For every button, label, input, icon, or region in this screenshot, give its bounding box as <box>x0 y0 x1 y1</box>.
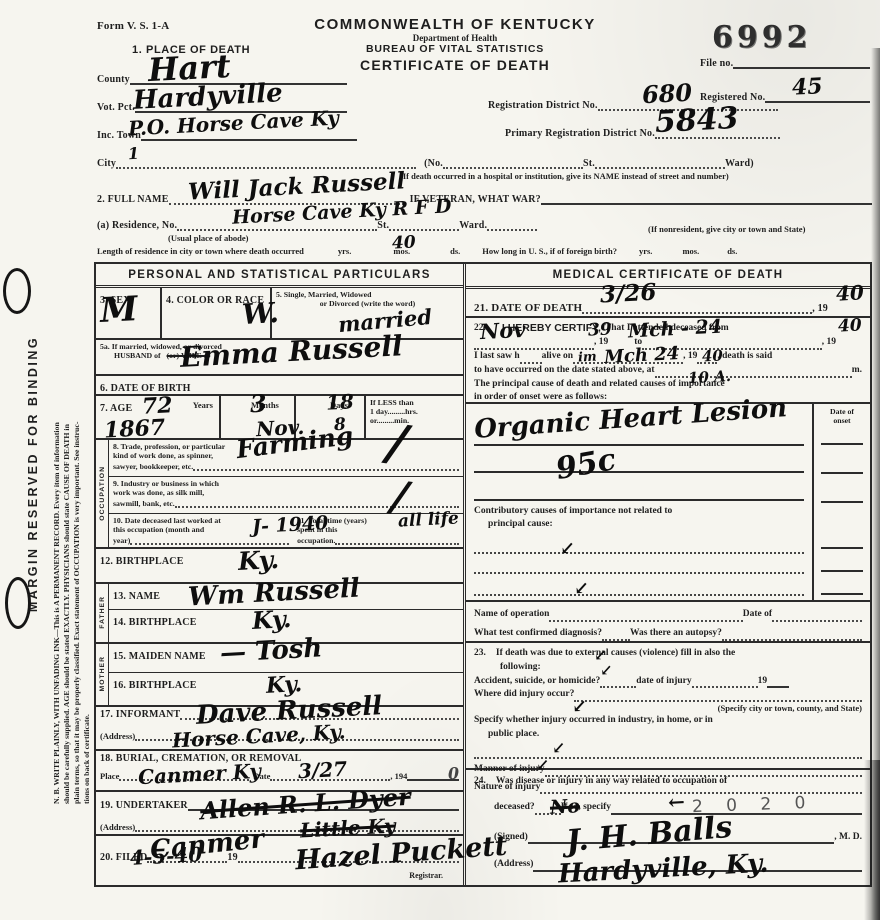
ds-label2: ds. <box>727 246 737 256</box>
city-ward-label: Ward) <box>725 158 754 169</box>
residence-ward-label: Ward. <box>459 220 487 231</box>
test-label: What test confirmed diagnosis? <box>474 627 602 641</box>
medical-title-text: MEDICAL CERTIFICATE OF DEATH <box>553 269 784 281</box>
date-of-onset-column: Date of onset <box>812 404 870 600</box>
marital-label-1: 5. Single, Married, Widowed <box>276 290 459 299</box>
personal-column-title: PERSONAL AND STATISTICAL PARTICULARS <box>96 264 463 288</box>
header-commonwealth: COMMONWEALTH OF KENTUCKY <box>290 16 620 33</box>
principal-2: in order of onset were as follows: <box>474 391 607 405</box>
birthplace-label: 12. BIRTHPLACE <box>100 556 184 567</box>
check-mark: ↙ <box>600 663 613 679</box>
length-residence-label: Length of residence in city or town wher… <box>97 246 304 256</box>
undertaker-label: 19. UNDERTAKER <box>100 800 188 811</box>
page-corner-shadow <box>864 760 880 920</box>
onset-line <box>821 593 863 595</box>
header-certificate-title: CERTIFICATE OF DEATH <box>290 57 620 73</box>
row-date-of-death: 21. DATE OF DEATH , 19 <box>466 289 870 318</box>
md-label: , M. D. <box>834 831 862 845</box>
dotted-line <box>692 677 758 688</box>
total-time-value: all life <box>398 510 460 530</box>
occupation-side-label: OCCUPATION <box>96 440 109 547</box>
contributory-line-1 <box>474 532 804 554</box>
autopsy-label: Was there an autopsy? <box>630 627 722 641</box>
margin-note-line2: should be carefully supplied. AGE should… <box>62 92 72 804</box>
father-side-label: FATHER <box>96 584 109 642</box>
specify-2: public place. <box>488 728 539 742</box>
dod-year-prefix: , 19 <box>812 303 828 314</box>
where-label: Where did injury occur? <box>474 688 574 702</box>
contributory-1: Contributory causes of importance not re… <box>474 505 672 519</box>
dotted-line <box>487 220 537 231</box>
dotted-line <box>520 353 542 364</box>
check-mark: ↙ <box>552 740 566 757</box>
residence-label: (a) Residence, No. <box>97 220 177 231</box>
saw-2: alive on <box>542 350 573 364</box>
burial-date-value: 3/27 <box>298 759 348 782</box>
dotted-line <box>335 534 459 545</box>
less-label-2: 1 day.........hrs. <box>370 407 459 416</box>
less-than-cell: If LESS than 1 day.........hrs. or......… <box>366 396 463 437</box>
attended-from-value: Nov <box>479 319 525 342</box>
onset-line <box>821 443 863 445</box>
hole-punch-bottom <box>5 577 31 629</box>
cause-line-3 <box>474 473 804 500</box>
header-department: Department of Health <box>290 33 620 43</box>
sex-value: M <box>99 292 138 328</box>
city-note: (If death occurred in a hospital or inst… <box>400 171 729 181</box>
saw-3: , death is said <box>717 350 772 364</box>
external-1: If death was due to external causes (vio… <box>496 647 735 661</box>
onset-label-1: Date of <box>814 407 870 416</box>
check-mark: ↙ <box>560 540 576 559</box>
operation-date-label: Date of <box>743 608 772 622</box>
days-value: 18 <box>325 391 354 412</box>
dotted-line <box>443 158 583 169</box>
dotted-line <box>116 158 416 169</box>
onset-line <box>821 570 863 572</box>
dotted-line <box>135 821 459 832</box>
rule-line <box>541 194 872 205</box>
occ-1: Was disease or injury in any way related… <box>496 775 727 789</box>
city-label: City <box>97 158 116 169</box>
y3-value: 40 <box>702 348 724 364</box>
occupation-side-text: OCCUPATION <box>99 466 106 521</box>
saw-1: I last saw h <box>474 350 520 364</box>
mother-side-label: MOTHER <box>96 644 109 705</box>
dotted-line <box>175 497 459 508</box>
mother-birthplace-value: Ky. <box>265 673 302 697</box>
margin-note-line1: N. B. WRITE PLAINLY, WITH UNFADING INK—T… <box>52 92 62 804</box>
rule-line <box>767 677 789 688</box>
marital-label-2: or Divorced (write the word) <box>276 299 459 308</box>
age-label: 7. AGE <box>100 403 132 414</box>
burial-place-label: Place <box>100 771 119 781</box>
years-label: Years <box>193 400 213 410</box>
burial-year-prefix: , 194 <box>390 771 407 781</box>
dotted-line <box>602 630 630 641</box>
ds-label: ds. <box>450 246 460 256</box>
specify-1: Specify whether injury occurred in indus… <box>474 714 713 728</box>
dotted-line <box>772 611 862 622</box>
onset-line <box>821 472 863 474</box>
occurred-m: m. <box>852 364 862 378</box>
filed-date-value: 4-5-40 <box>130 844 203 868</box>
cause-line-2 <box>474 446 804 473</box>
city-no-label: (No. <box>424 158 443 169</box>
file-no-label: File no. <box>700 58 733 69</box>
total-time-label-3: occupation. <box>297 536 335 545</box>
medical-column-title: MEDICAL CERTIFICATE OF DEATH <box>466 264 870 289</box>
injury-date-label: date of injury <box>636 675 691 689</box>
margin-note-line3: plain terms, so that it may be properly … <box>72 92 82 804</box>
dotted-line <box>389 220 459 231</box>
industry-label-3: sawmill, bank, etc. <box>113 499 175 508</box>
abode-note: (Usual place of abode) <box>168 233 249 243</box>
yrs-label2: yrs. <box>639 246 652 256</box>
contributory-line-2 <box>474 554 804 574</box>
race-value: W. <box>241 299 279 329</box>
registered-no-value: 45 <box>791 75 823 99</box>
header-bureau: BUREAU OF VITAL STATISTICS <box>290 43 620 55</box>
dotted-line <box>549 611 742 622</box>
yrs-label: yrs. <box>338 246 351 256</box>
occ-number: 24. <box>474 775 486 789</box>
less-label-1: If LESS than <box>370 398 459 407</box>
mos-label2: mos. <box>682 246 699 256</box>
informant-address-label: (Address) <box>100 731 135 741</box>
row-external-causes: 23. If death was due to external causes … <box>466 643 870 770</box>
informant-label: 17. INFORMANT <box>100 709 180 720</box>
check-mark: ↙ <box>572 698 588 717</box>
rule-line <box>733 58 870 69</box>
full-name-label: 2. FULL NAME <box>97 194 169 205</box>
row-test-autopsy: What test confirmed diagnosis? Was there… <box>466 622 870 643</box>
burial-label: 18. BURIAL, CREMATION, OR REMOVAL <box>100 753 459 764</box>
external-2: following: <box>500 661 541 675</box>
burial-year-value: 0 <box>448 766 460 783</box>
arrow-mark: ← <box>667 792 685 813</box>
nonresident-note: (If nonresident, give city or town and S… <box>648 224 805 234</box>
onset-label-2: onset <box>814 416 870 425</box>
onset-line <box>821 501 863 503</box>
trade-label-3: sawyer, bookkeeper, etc. <box>113 462 193 471</box>
mother-birthplace-label: 16. BIRTHPLACE <box>113 680 197 691</box>
dotted-line <box>574 691 862 702</box>
death-certificate-scan: MARGIN RESERVED FOR BINDING N. B. WRITE … <box>0 0 880 920</box>
dotted-line <box>655 367 852 378</box>
maiden-name-value: — Tosh <box>219 635 323 666</box>
margin-note-line4: tions on back of certificate. <box>82 92 92 804</box>
dotted-line <box>722 630 862 641</box>
saw-him-value: im <box>578 351 597 365</box>
father-birthplace-label: 14. BIRTHPLACE <box>113 617 197 628</box>
y2-value: 40 <box>838 317 863 335</box>
registrar-label: Registrar. <box>409 871 443 880</box>
spouse-label-2: HUSBAND of <box>114 351 161 360</box>
mother-side-text: MOTHER <box>99 656 106 691</box>
length-residence-value: 40 <box>392 234 417 252</box>
primary-registration-value: 5843 <box>654 104 739 138</box>
row-industry: 9. Industry or business in which work wa… <box>109 477 463 514</box>
residence-st-label: St. <box>377 220 389 231</box>
saw-year-prefix: , 19 <box>683 350 697 364</box>
less-label-3: or.........min. <box>370 416 459 425</box>
contributory-2: principal cause: <box>488 518 553 532</box>
undertaker-address-value: Little Ky <box>300 816 396 841</box>
birthplace-value: Ky. <box>237 547 279 574</box>
vot-pct-label: Vot. Pct. <box>97 102 135 113</box>
saw-date-value: Mch 24 <box>604 345 680 367</box>
onset-line <box>821 547 863 549</box>
registration-district-label: Registration District No. <box>488 100 598 111</box>
date-of-death-value: 3/26 <box>599 281 657 307</box>
dotted-line <box>474 748 862 759</box>
burial-place-value: Canmer Ky <box>138 761 262 787</box>
dotted-line <box>193 460 459 471</box>
father-side-text: FATHER <box>99 596 106 629</box>
accident-label: Accident, suicide, or homicide? <box>474 675 600 689</box>
occ-question: deceased? <box>494 801 535 815</box>
contributory-line-3 <box>474 574 804 596</box>
operation-label: Name of operation <box>474 608 549 622</box>
dotted-line <box>595 158 725 169</box>
y1-value: 39 <box>588 321 613 339</box>
father-name-label: 13. NAME <box>113 591 160 602</box>
certificate-number-stamp: 6992 <box>712 20 812 55</box>
row-operation: Name of operation Date of <box>466 602 870 622</box>
date-of-death-label: 21. DATE OF DEATH <box>474 302 582 314</box>
check-mark: ↙ <box>536 757 550 774</box>
maiden-name-label: 15. MAIDEN NAME <box>113 651 206 662</box>
attended-to-value: Mch - 24 <box>628 318 723 342</box>
city-tick-mark: 1 <box>128 146 140 163</box>
county-label: County <box>97 74 130 85</box>
dob-year-value: 1867 <box>103 416 165 441</box>
check-mark: ↙ <box>574 580 590 599</box>
where-note: (Specify city or town, county, and State… <box>718 702 862 714</box>
occurred-time-value: 10 A. <box>688 369 732 386</box>
city-st-label: St. <box>583 158 595 169</box>
form-code: Form V. S. 1-A <box>97 20 169 32</box>
primary-registration-label: Primary Registration District No. <box>505 128 655 139</box>
external-number: 23. <box>474 647 486 661</box>
dod-year-value: 40 <box>835 282 864 303</box>
injury-19: 19 <box>758 675 768 689</box>
hole-punch-top <box>3 268 31 314</box>
certify-y2-prefix: , 19 <box>822 336 836 350</box>
last-worked-label-3: year) <box>113 536 130 545</box>
months-value: 3 <box>249 392 267 417</box>
personal-title-text: PERSONAL AND STATISTICAL PARTICULARS <box>128 269 431 281</box>
undertaker-address-label: (Address) <box>100 822 135 832</box>
foreign-birth-label: How long in U. S., if of foreign birth? <box>482 246 617 256</box>
occupation-related-value: No <box>550 797 581 818</box>
father-birthplace-value: Ky. <box>251 607 292 633</box>
last-worked-value: J- 1940 <box>252 514 329 537</box>
